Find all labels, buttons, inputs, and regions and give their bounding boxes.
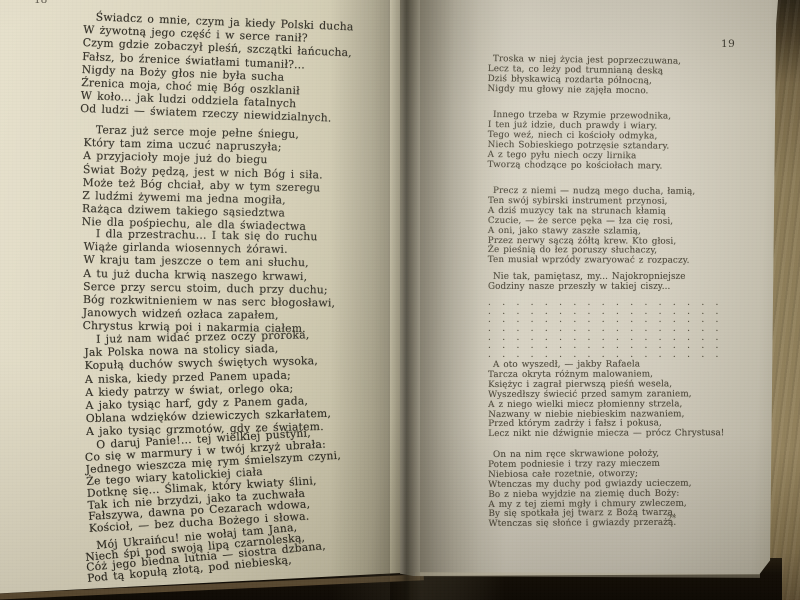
- stanza: On na nim ręce skrwawione położy,Potem p…: [488, 449, 759, 530]
- poem-line: Tworzą chodzące po kościołach mary.: [487, 161, 757, 173]
- page-number-left: 18: [34, 0, 47, 6]
- ellipsis-dots-row: . . . . . . . . . . . . . . . . .: [488, 351, 758, 360]
- stanza: Teraz już serce moje pełne śniegu,Który …: [82, 123, 414, 236]
- left-page: 18 Świadcz o mnie, czym ja kiedy Polski …: [0, 0, 412, 600]
- poem-line: Lecz nikt nie dźwignie miecza — prócz Ch…: [488, 429, 758, 440]
- stanza: Innego trzeba w Rzymie przewodnika,I ten…: [487, 111, 758, 173]
- stanza: Nie tak, pamiętasz, my... Najokropniejsz…: [488, 273, 758, 360]
- poem-line: Wtenczas się słońce i gwiazdy przerażą.: [488, 518, 758, 530]
- stanza: Troska w niej życia jest poprzeczuwana,L…: [487, 55, 758, 98]
- poem-line: Godziny nasze przeszły w takiej ciszy...: [488, 283, 758, 293]
- stanza: I już nam widać przez oczy proroka,Jak P…: [84, 326, 416, 439]
- stanza: I dla przestrachu... I tak się do ruchuW…: [83, 227, 414, 337]
- signature-mark: 2*: [667, 514, 676, 523]
- poem-line: Ten musiał wprzódy zwaryować z rozpaczy.: [488, 256, 758, 267]
- book-photo: { "colors": { "page_left": "#ddd7c1", "p…: [0, 0, 800, 600]
- stanza: Precz z niemi — nudzą mego ducha, łamią,…: [488, 187, 758, 267]
- stanza: A oto wyszedł, — jakby RafaelaTarcza okr…: [488, 360, 758, 440]
- right-page: 19 Troska w niej życia jest poprzeczuwan…: [400, 0, 778, 600]
- stanza: Świadcz o mnie, czym ja kiedy Polski duc…: [80, 10, 414, 128]
- page-number-right: 19: [721, 38, 735, 50]
